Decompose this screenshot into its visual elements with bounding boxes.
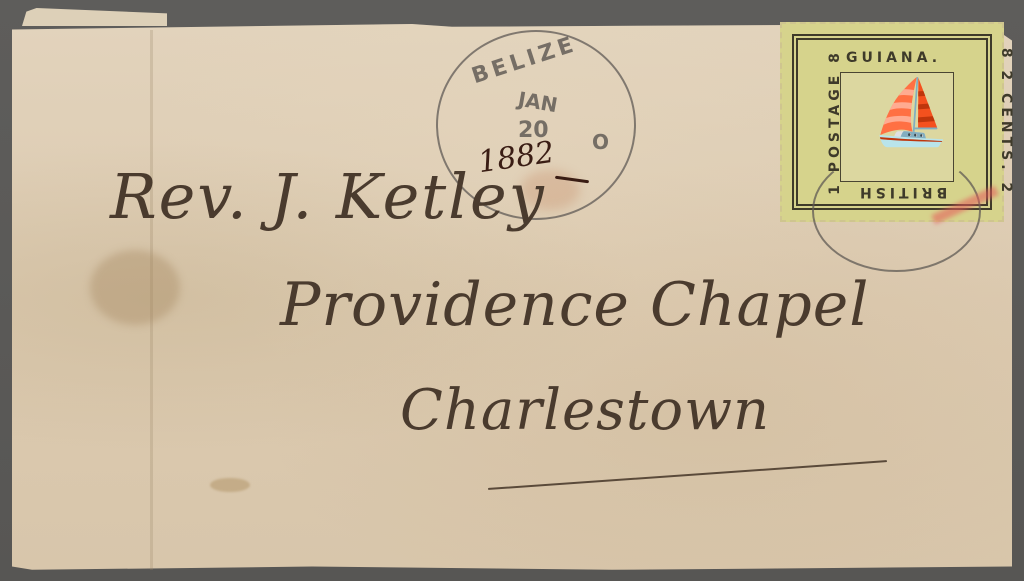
stain	[90, 250, 180, 325]
address-line-name: Rev. J. Ketley	[110, 160, 546, 233]
postmark-extra: O	[592, 130, 609, 154]
address-line-chapel: Providence Chapel	[280, 270, 869, 340]
stamp-right-text: 8 2 CENTS. 2	[998, 48, 1014, 196]
stain	[210, 478, 250, 492]
address-line-town: Charlestown	[400, 378, 770, 443]
ship-icon: ⛵	[871, 81, 951, 145]
stamp-top-text: GUIANA.	[846, 50, 941, 66]
